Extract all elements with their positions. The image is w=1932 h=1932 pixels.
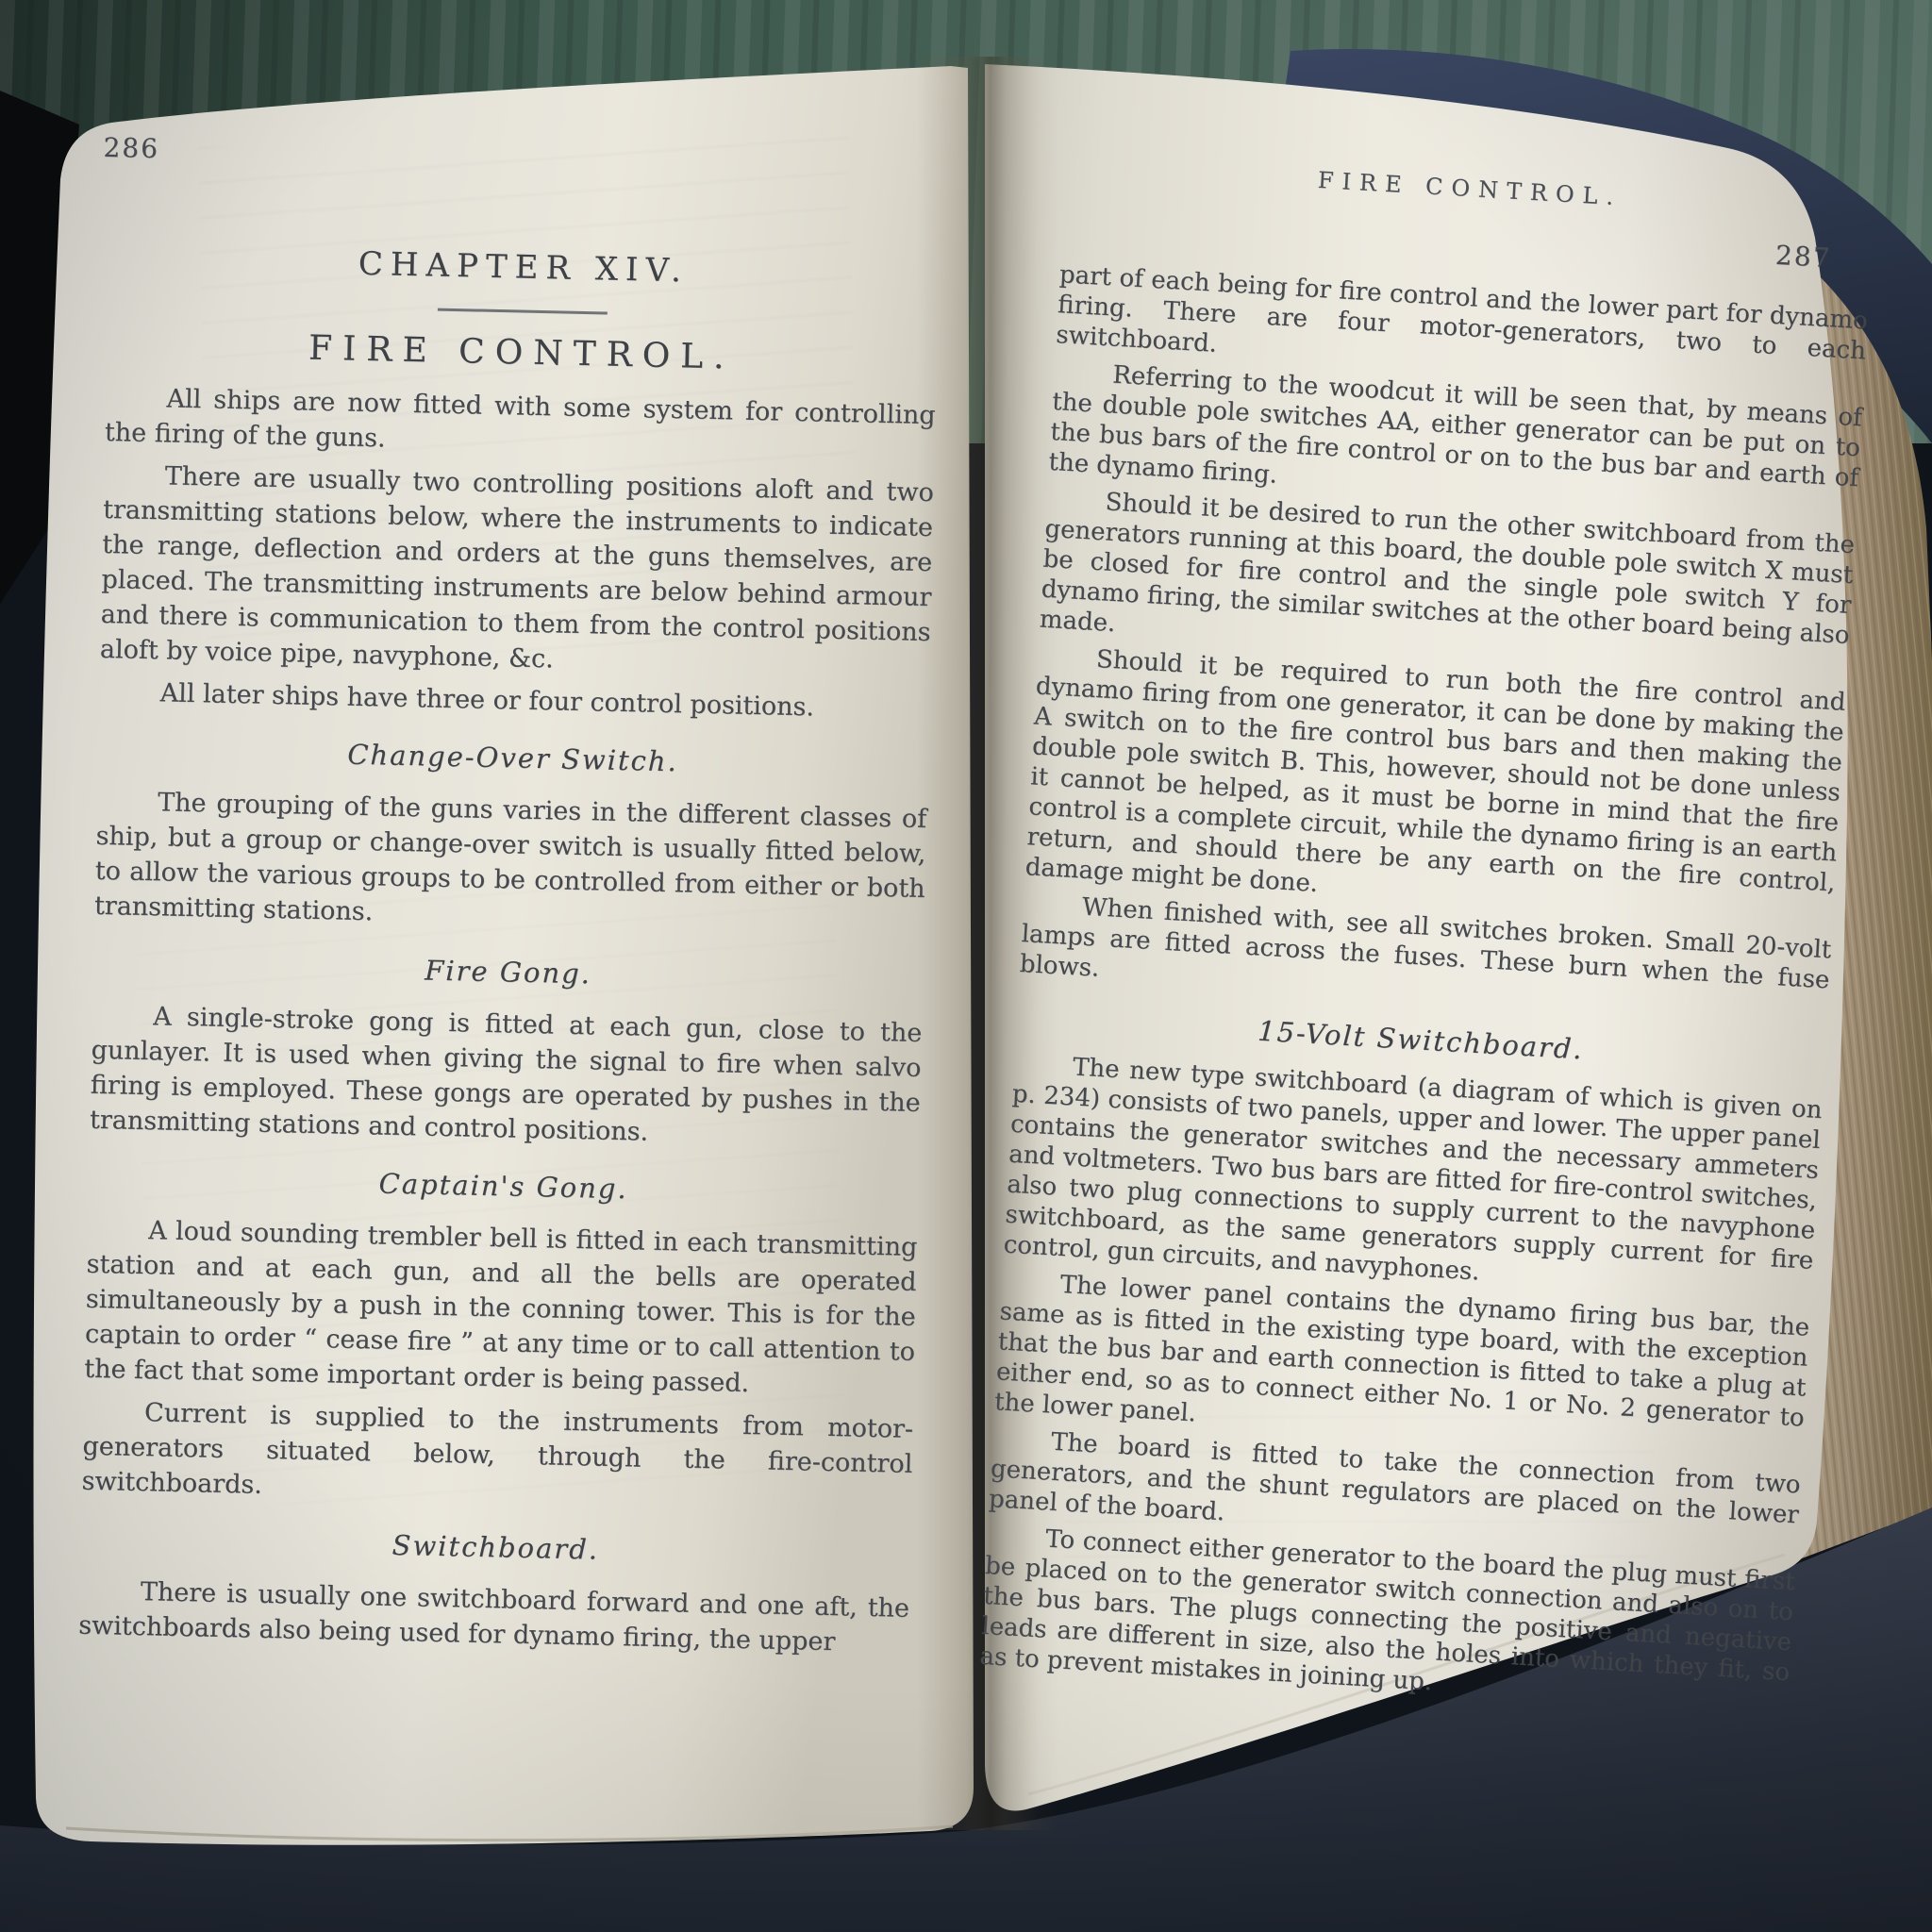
paragraph: The new type switchboard (a diagram of w… — [1003, 1049, 1823, 1307]
right-page-text: FIRE CONTROL. 287 part of each being for… — [978, 150, 1874, 1724]
paragraph: There are usually two controlling positi… — [100, 458, 935, 685]
paragraph: The grouping of the guns varies in the d… — [94, 784, 927, 941]
book-photo-scene: 286 CHAPTER XIV. FIRE CONTROL. All ships… — [0, 0, 1932, 1932]
section-heading-switchboard: Switchboard. — [80, 1522, 911, 1574]
paragraph: Current is supplied to the instruments f… — [81, 1394, 913, 1517]
section-heading-fire-gong: Fire Gong. — [92, 946, 924, 999]
right-page-body: part of each being for fire control and … — [979, 259, 1869, 1718]
chapter-heading: CHAPTER XIV. — [108, 241, 940, 294]
paragraph: Should it be required to run both the fi… — [1024, 641, 1846, 928]
paragraph: All later ships have three or four contr… — [99, 675, 930, 727]
section-heading-change-over-switch: Change-Over Switch. — [97, 732, 928, 785]
left-page-text: 286 CHAPTER XIV. FIRE CONTROL. All ships… — [78, 128, 941, 1669]
paragraph: A loud sounding trembler bell is fitted … — [84, 1212, 918, 1405]
paragraph: A single-stroke gong is fitted at each g… — [90, 998, 923, 1156]
paragraph: There is usually one switchboard forward… — [78, 1574, 909, 1661]
page-title: FIRE CONTROL. — [107, 326, 938, 379]
page-number-right: 287 — [1774, 241, 1832, 274]
page-number-left: 286 — [103, 130, 159, 166]
chapter-rule — [438, 308, 608, 315]
paragraph: All ships are now fitted with some syste… — [105, 380, 936, 468]
section-heading-captains-gong: Captain's Gong. — [88, 1160, 919, 1213]
